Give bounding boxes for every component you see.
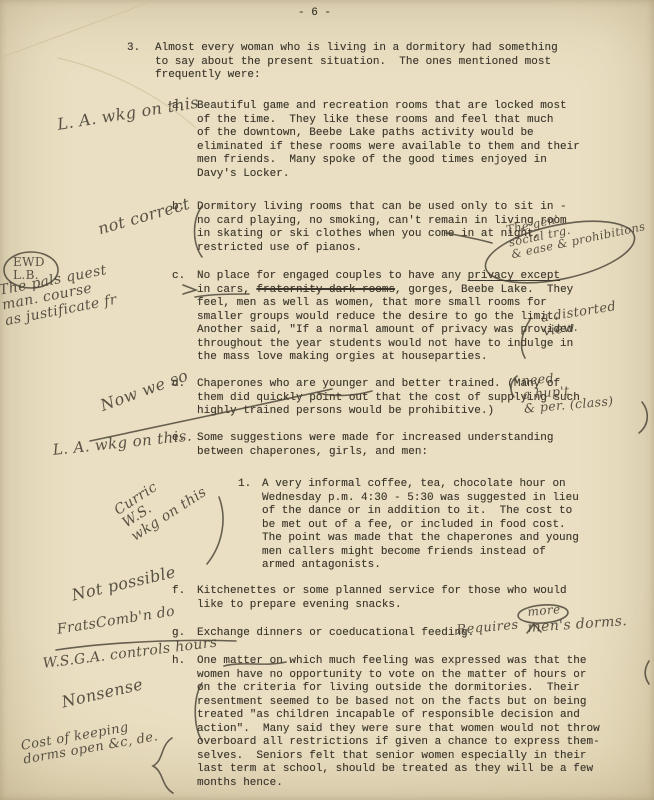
pen-bracket-d-right bbox=[639, 402, 647, 433]
annotation-e-left: L. A. wkg on this. bbox=[52, 427, 193, 458]
annotation-h-wsga: W.S.G.A. controls hours bbox=[42, 636, 218, 673]
item-c-label: c. bbox=[172, 270, 185, 284]
pen-brace-item-h-bottom bbox=[153, 738, 173, 793]
annotation-h-nonsense: Nonsense bbox=[60, 675, 145, 711]
annotation-g-more-circled: more bbox=[527, 603, 561, 619]
annotation-g-requires: Requires bbox=[456, 619, 519, 639]
item-e1-text: A very informal coffee, tea, chocolate h… bbox=[262, 478, 579, 573]
item-3-label: 3. bbox=[127, 42, 140, 56]
item-h: h. One matter on which much feeling was … bbox=[197, 655, 600, 790]
item-a-text: Beautiful game and recreation rooms that… bbox=[197, 100, 580, 181]
annotation-f-not-possible: Not possible bbox=[70, 563, 177, 604]
item-c-text-before: No place for engaged couples to have any bbox=[197, 270, 468, 282]
item-c-underlined-phrase: privacy except bbox=[468, 270, 560, 282]
item-c-struck-phrase: fraternity dark rooms bbox=[256, 284, 395, 296]
item-c: c. No place for engaged couples to have … bbox=[197, 270, 573, 365]
item-3-text: Almost every woman who is living in a do… bbox=[155, 42, 558, 83]
item-f-text: Kitchenettes or some planned service for… bbox=[197, 585, 567, 612]
item-e1-label: 1. bbox=[238, 478, 251, 492]
item-c-text: No place for engaged couples to have any… bbox=[197, 270, 573, 365]
item-e: e. Some suggestions were made for increa… bbox=[197, 432, 553, 459]
item-c-text-mid: in cars, bbox=[197, 284, 256, 296]
annotation-b-not-correct: not correct bbox=[96, 195, 192, 238]
item-a: a. Beautiful game and recreation rooms t… bbox=[197, 100, 580, 181]
annotation-g-left: FratsComb'n do bbox=[56, 604, 176, 638]
scanned-document-page: - 6 - 3. Almost every woman who is livin… bbox=[0, 0, 654, 800]
item-3: 3. Almost every woman who is living in a… bbox=[155, 42, 558, 83]
page-number: - 6 - bbox=[298, 7, 378, 21]
pen-paren-h-right bbox=[645, 661, 649, 684]
item-g-text: Exchange dinners or coeducational feedin… bbox=[197, 627, 474, 641]
item-f-label: f. bbox=[172, 585, 185, 599]
annotation-d-right: need a hup't & per. (class) bbox=[521, 366, 614, 415]
item-g: g. Exchange dinners or coeducational fee… bbox=[197, 627, 474, 641]
pen-caret-item-c bbox=[183, 285, 196, 294]
annotation-a-left: L. A. wkg on this bbox=[56, 94, 200, 134]
item-h-text: One matter on which much feeling was exp… bbox=[197, 655, 600, 790]
item-h-label: h. bbox=[172, 655, 185, 669]
item-f: f. Kitchenettes or some planned service … bbox=[197, 585, 567, 612]
annotation-e1-left: Curric W.S. wkg on this bbox=[112, 459, 210, 545]
item-e1: 1. A very informal coffee, tea, chocolat… bbox=[262, 478, 579, 573]
item-e-text: Some suggestions were made for increased… bbox=[197, 432, 553, 459]
annotation-bottom-cost: Cost of keeping dorms open &c, de. bbox=[20, 716, 159, 768]
pen-stroke-item-e1 bbox=[207, 497, 223, 564]
